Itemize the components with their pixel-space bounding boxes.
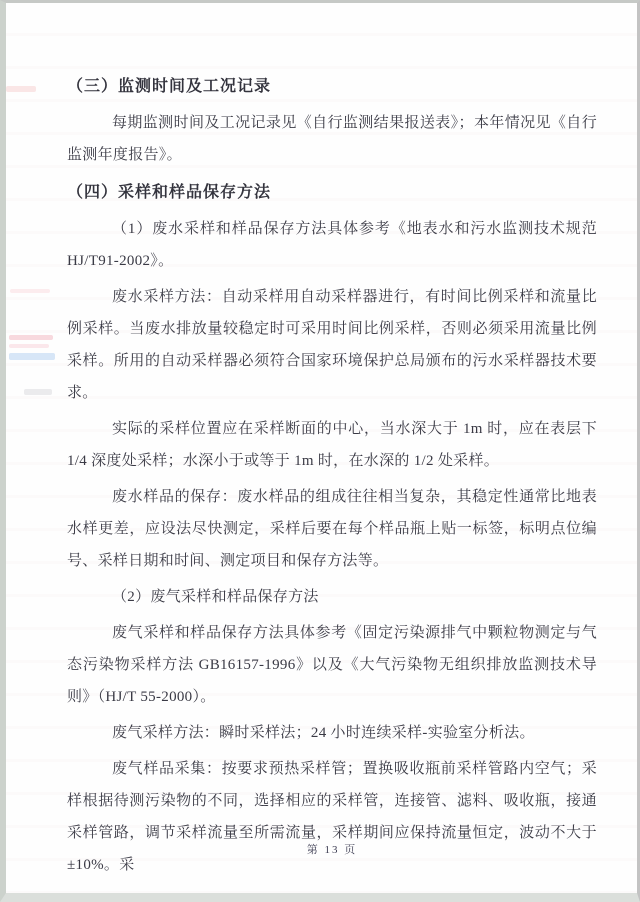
section-heading: （三）监测时间及工况记录 bbox=[67, 70, 597, 103]
scan-artifact bbox=[9, 344, 49, 348]
scan-artifact bbox=[24, 389, 52, 395]
paragraph: （2）废气采样和样品保存方法 bbox=[67, 581, 597, 613]
scan-artifact bbox=[6, 86, 36, 92]
scan-artifact bbox=[10, 289, 50, 293]
document-body: （三）监测时间及工况记录每期监测时间及工况记录见《自行监测结果报送表》；本年情况… bbox=[67, 70, 597, 881]
paragraph: 每期监测时间及工况记录见《自行监测结果报送表》；本年情况见《自行监测年度报告》。 bbox=[67, 107, 597, 171]
paragraph: 实际的采样位置应在采样断面的中心，当水深大于 1m 时，应在表层下 1/4 深度… bbox=[67, 413, 597, 477]
paragraph: （1）废水采样和样品保存方法具体参考《地表水和污水监测技术规范HJ/T91-20… bbox=[67, 213, 597, 277]
scan-artifact bbox=[9, 335, 53, 340]
paragraph: 废气样品采集：按要求预热采样管；置换吸收瓶前采样管路内空气；采样根据待测污染物的… bbox=[67, 753, 597, 881]
page-number: 第 13 页 bbox=[67, 841, 597, 857]
paragraph: 废气采样方法：瞬时采样法；24 小时连续采样-实验室分析法。 bbox=[67, 717, 597, 749]
scanned-document-page: （三）监测时间及工况记录每期监测时间及工况记录见《自行监测结果报送表》；本年情况… bbox=[0, 0, 640, 902]
scan-artifact bbox=[9, 353, 55, 360]
paragraph: 废水采样方法：自动采样用自动采样器进行，有时间比例采样和流量比例采样。当废水排放… bbox=[67, 281, 597, 409]
paragraph: 废气采样和样品保存方法具体参考《固定污染源排气中颗粒物测定与气态污染物采样方法 … bbox=[67, 617, 597, 713]
section-heading: （四）采样和样品保存方法 bbox=[67, 176, 597, 209]
paragraph: 废水样品的保存：废水样品的组成往往相当复杂，其稳定性通常比地表水样更差，应设法尽… bbox=[67, 481, 597, 577]
